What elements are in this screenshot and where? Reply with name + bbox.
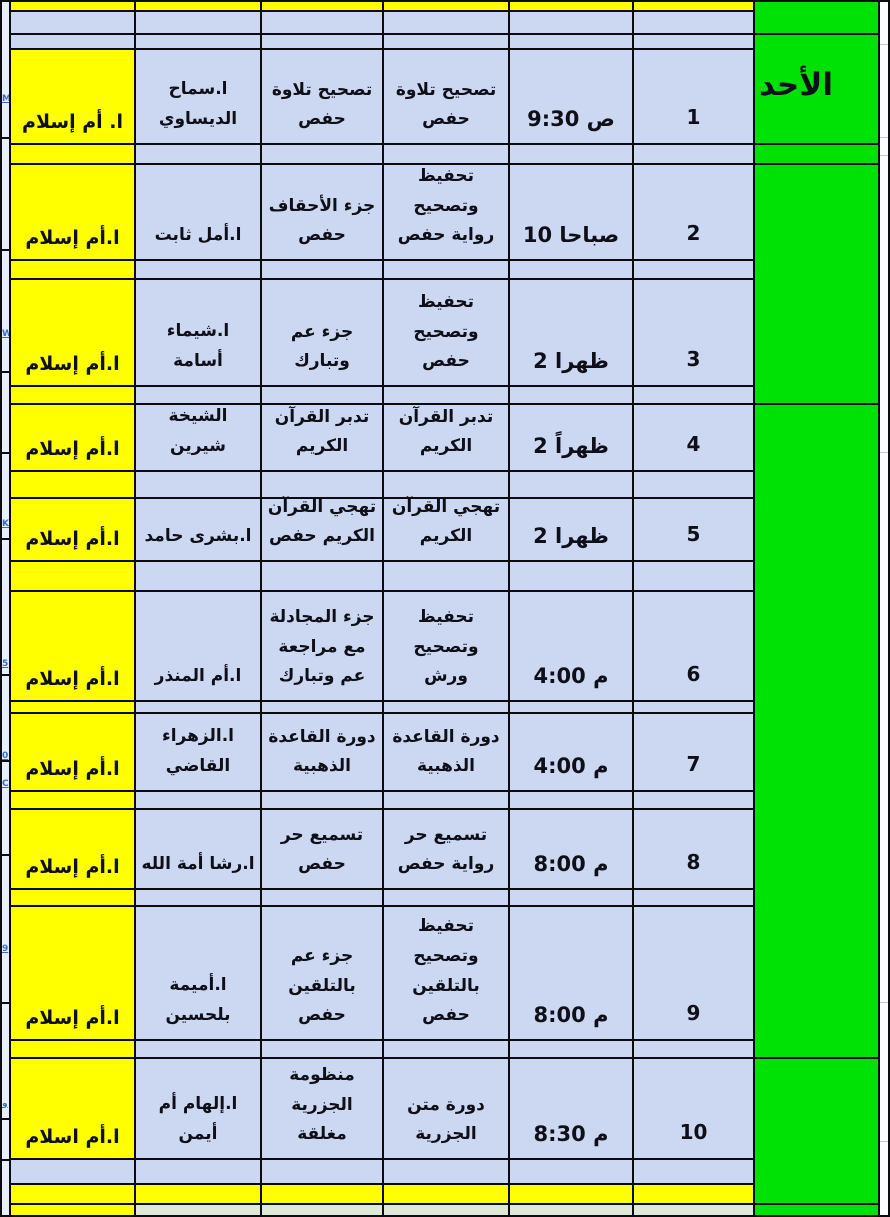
spacer-cell [11,702,134,712]
spacer-cell [136,2,260,10]
spacer-cell [262,261,382,278]
spacer-cell [136,261,260,278]
row-number-cell[interactable]: 5 [634,499,753,560]
spacer-cell [11,261,134,278]
spacer-cell [634,1041,753,1057]
spacer-cell [11,2,134,10]
spacer-cell [384,261,508,278]
spacer-cell [262,35,382,48]
spacer-cell [510,562,632,590]
teacher-cell[interactable]: ا.رشا أمة الله [136,810,260,888]
spacer-cell [384,1185,508,1203]
cut-off-link-fragment[interactable]: W [2,330,9,339]
gridline [2,249,9,251]
spacer-cell [262,1160,382,1183]
spacer-cell [634,1185,753,1203]
spacer-cell [11,1041,134,1057]
spacer-cell [384,12,508,33]
class-alt-cell[interactable]: منظومة الجزرية مغلقة [262,1059,382,1158]
day-column-segment[interactable] [755,405,878,1057]
class-alt-cell[interactable]: دورة القاعدة الذهبية [262,714,382,790]
spacer-cell [11,145,134,163]
row-number-cell[interactable]: 10 [634,1059,753,1158]
day-column-segment[interactable] [755,145,878,163]
row-number-cell[interactable]: 8 [634,810,753,888]
spacer-cell [11,472,134,497]
spacer-cell [510,890,632,905]
spacer-cell [384,890,508,905]
spacer-cell [11,890,134,905]
spacer-cell [11,792,134,808]
spacer-cell [634,890,753,905]
supervisor-cell[interactable]: ا.أم إسلام [11,810,134,888]
gridline [2,452,9,454]
spacer-cell [634,562,753,590]
spacer-cell [634,2,753,10]
supervisor-cell[interactable]: ا.أم إسلام [11,907,134,1039]
spacer-cell [634,261,753,278]
class-cell[interactable]: تهجي القرآن الكريم [384,499,508,560]
supervisor-cell[interactable]: ا.أم إسلام [11,405,134,470]
day-cell[interactable]: الأحد [755,35,878,143]
spacer-cell [510,1185,632,1203]
spacer-cell [510,261,632,278]
cut-off-link-fragment[interactable]: C [2,780,9,789]
class-cell[interactable]: تحفيظ وتصحيح رواية حفص [384,165,508,259]
spacer-cell [262,702,382,712]
gridline [880,137,888,138]
spacer-cell [136,1160,260,1183]
spacer-cell [384,2,508,10]
gridline [880,452,888,453]
spacer-cell [510,2,632,10]
class-cell[interactable]: دورة القاعدة الذهبية [384,714,508,790]
gridline [2,854,9,856]
spacer-cell [11,1160,134,1183]
time-cell[interactable]: ص 9:30 [510,50,632,143]
spacer-cell [510,12,632,33]
spacer-cell [11,12,134,33]
spacer-cell [136,562,260,590]
spacer-cell [136,702,260,712]
spacer-cell [384,792,508,808]
spacer-cell [11,387,134,403]
spacer-cell [262,890,382,905]
row-number-cell[interactable]: 2 [634,165,753,259]
time-cell[interactable]: 10 صباحا [510,165,632,259]
cut-off-link-fragment[interactable]: 5 [2,660,8,669]
spacer-cell [510,145,632,163]
spacer-cell [136,792,260,808]
time-cell[interactable]: 8:30 م [510,1059,632,1158]
spacer-cell [262,1205,382,1215]
supervisor-cell[interactable]: ا. أم إسلام [11,50,134,143]
spacer-cell [510,702,632,712]
time-cell[interactable]: 2 ظهرا [510,280,632,385]
teacher-cell[interactable]: ا.الزهراء القاضي [136,714,260,790]
row-number-cell[interactable]: 6 [634,592,753,700]
spacer-cell [634,1160,753,1183]
class-cell[interactable]: دورة متن الجزرية [384,1059,508,1158]
day-column-segment[interactable] [755,1205,878,1215]
spacer-cell [384,702,508,712]
spacer-cell [262,12,382,33]
time-cell[interactable]: 8:00 م [510,907,632,1039]
spacer-cell [262,145,382,163]
spacer-cell [262,2,382,10]
class-alt-cell[interactable]: جزء المجادلة مع مراجعة عم وتبارك [262,592,382,700]
class-alt-cell[interactable]: تسميع حر حفص [262,810,382,888]
gridline [2,1159,9,1161]
spacer-cell [11,562,134,590]
gridline [2,1118,9,1120]
spacer-cell [510,1041,632,1057]
supervisor-cell[interactable]: ا.أم إسلام [11,499,134,560]
teacher-cell[interactable]: ا.أميمة بلحسين [136,907,260,1039]
class-cell[interactable]: تدبر القرآن الكريم [384,405,508,470]
spacer-cell [262,1041,382,1057]
spacer-cell [634,792,753,808]
spacer-cell [634,145,753,163]
supervisor-cell[interactable]: ا.أم إسلام [11,165,134,259]
spacer-cell [384,35,508,48]
spacer-cell [510,792,632,808]
spacer-cell [384,1160,508,1183]
class-alt-cell[interactable]: تهجي القرآن الكريم حفص [262,499,382,560]
teacher-cell[interactable]: ا.سماح الديساوي [136,50,260,143]
cut-off-link-fragment[interactable]: و [2,1100,8,1109]
class-alt-cell[interactable]: تدبر القرآن الكريم [262,405,382,470]
left-edge-column: MWK50C9و [2,2,9,1215]
time-cell[interactable]: 4:00 م [510,714,632,790]
spacer-cell [634,387,753,403]
gridline [2,674,9,676]
spacer-cell [136,12,260,33]
spacer-cell [11,1205,134,1215]
class-cell[interactable]: تصحيح تلاوة حفص [384,50,508,143]
spacer-cell [384,387,508,403]
day-column-segment[interactable] [755,1059,878,1203]
spacer-cell [634,472,753,497]
spacer-cell [384,1205,508,1215]
time-cell[interactable]: 4:00 م [510,592,632,700]
schedule-sheet: MWK50C9و الأحد ا. أم إسلاما.سماح الديساو… [0,0,890,1217]
day-column-segment[interactable] [755,2,878,33]
gridline [2,137,9,139]
row-number-cell[interactable]: 7 [634,714,753,790]
spacer-cell [634,702,753,712]
spacer-cell [136,890,260,905]
class-alt-cell[interactable]: جزء عم بالتلقين حفص [262,907,382,1039]
spacer-cell [634,1205,753,1215]
cut-off-link-fragment[interactable]: K [2,520,9,529]
gridline [880,44,888,45]
row-number-cell[interactable]: 4 [634,405,753,470]
time-cell[interactable]: ظهرا 2 [510,499,632,560]
teacher-cell[interactable]: ا.بشرى حامد [136,499,260,560]
gridline [2,371,9,373]
spacer-cell [136,1205,260,1215]
spacer-cell [510,1205,632,1215]
class-cell[interactable]: تسميع حر رواية حفص [384,810,508,888]
class-alt-cell[interactable]: جزء الأحقاف حفص [262,165,382,259]
class-alt-cell[interactable]: تصحيح تلاوة حفص [262,50,382,143]
class-cell[interactable]: تحفيظ وتصحيح بالتلقين حفص [384,907,508,1039]
teacher-cell[interactable]: ا.أمل ثابت [136,165,260,259]
class-cell[interactable]: تحفيظ وتصحيح حفص [384,280,508,385]
spacer-cell [136,145,260,163]
spacer-cell [510,35,632,48]
time-cell[interactable]: 2 ظهراً [510,405,632,470]
spacer-cell [136,1041,260,1057]
teacher-cell[interactable]: ا.أم المنذر [136,592,260,700]
spacer-cell [11,35,134,48]
class-alt-cell[interactable]: جزء عم وتبارك [262,280,382,385]
spacer-cell [262,1185,382,1203]
gridline [880,1141,888,1142]
teacher-cell[interactable]: ا.شيماء أسامة [136,280,260,385]
teacher-cell[interactable]: ا.إلهام أم أيمن [136,1059,260,1158]
cut-off-link-fragment[interactable]: 9 [2,945,8,954]
spacer-cell [11,1185,134,1203]
time-cell[interactable]: 8:00 م [510,810,632,888]
gridline [2,1002,9,1004]
supervisor-cell[interactable]: ا.أم إسلام [11,714,134,790]
spacer-cell [136,1185,260,1203]
cut-off-link-fragment[interactable]: M [2,95,9,104]
right-edge-column [880,2,888,1215]
gridline [2,760,9,762]
spacer-cell [634,12,753,33]
class-cell[interactable]: تحفيظ وتصحيح ورش [384,592,508,700]
gridline [2,538,9,540]
spacer-cell [136,35,260,48]
spacer-cell [510,472,632,497]
spacer-cell [384,562,508,590]
row-number-cell[interactable]: 1 [634,50,753,143]
row-number-cell[interactable]: 3 [634,280,753,385]
supervisor-cell[interactable]: ا.أم إسلام [11,592,134,700]
spacer-cell [262,562,382,590]
row-number-cell[interactable]: 9 [634,907,753,1039]
spacer-cell [510,387,632,403]
spacer-cell [136,472,260,497]
day-column-segment[interactable] [755,165,878,403]
spacer-cell [510,1160,632,1183]
spacer-cell [384,1041,508,1057]
spacer-cell [384,145,508,163]
spacer-cell [634,35,753,48]
spacer-cell [262,792,382,808]
gridline [880,1002,888,1003]
gridline [880,155,888,156]
supervisor-cell[interactable]: ا.أم اسلام [11,1059,134,1158]
spacer-cell [262,387,382,403]
teacher-cell[interactable]: الشيخة شيرين [136,405,260,470]
supervisor-cell[interactable]: ا.أم إسلام [11,280,134,385]
